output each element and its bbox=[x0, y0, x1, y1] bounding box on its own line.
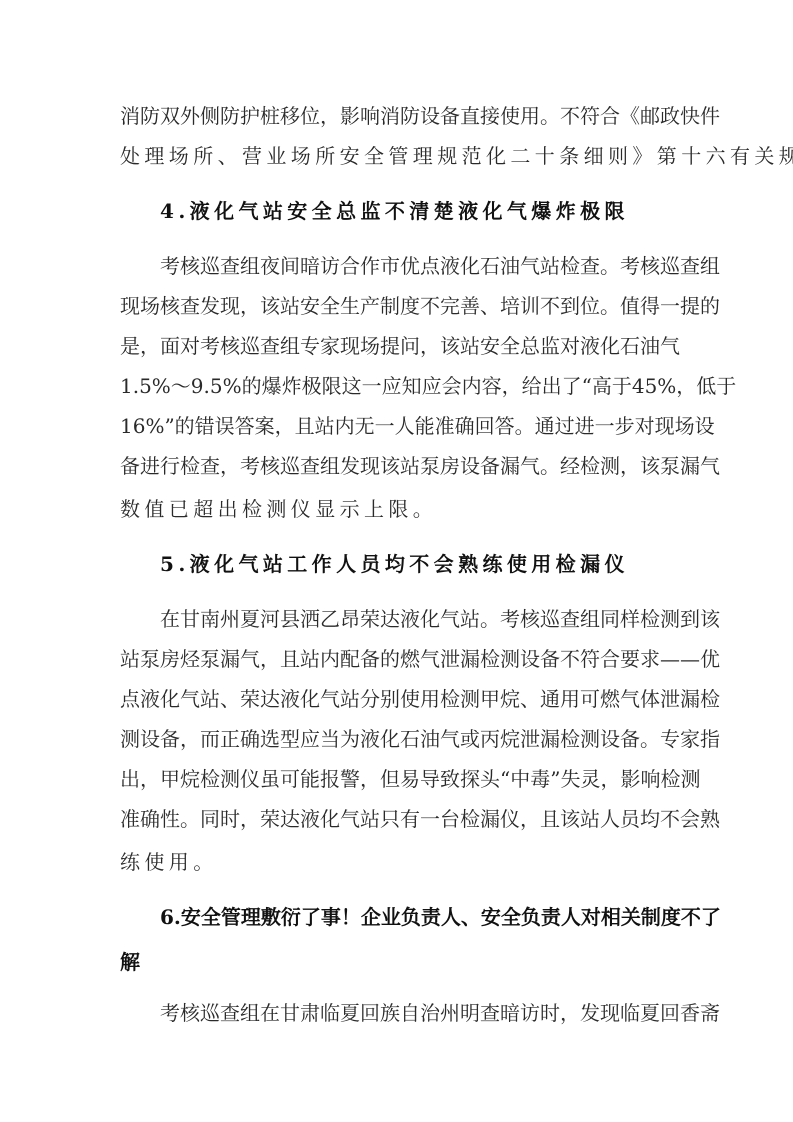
paragraph-line: 考核巡查组在甘肃临夏回族自治州明查暗访时，发现临夏回香斋 bbox=[160, 1000, 672, 1026]
paragraph-line: 数值已超出检测仪显示上限。 bbox=[120, 496, 680, 522]
section-heading-6: 6.安全管理敷衍了事！企业负责人、安全负责人对相关制度不了 bbox=[160, 904, 672, 930]
paragraph-line: 是，面对考核巡查组专家现场提问，该站安全总监对液化石油气 bbox=[120, 333, 672, 359]
paragraph-line: 点液化气站、荣达液化气站分别使用检测甲烷、通用可燃气体泄漏检 bbox=[120, 686, 672, 712]
paragraph-line: 消防双外侧防护桩移位，影响消防设备直接使用。不符合《邮政快件 bbox=[120, 103, 672, 129]
paragraph-line: 考核巡查组夜间暗访合作市优点液化石油气站检查。考核巡查组 bbox=[160, 253, 672, 279]
paragraph-line: 处理场所、营业场所安全管理规范化二十条细则》第十六有关规定。 bbox=[120, 143, 680, 169]
paragraph-line: 准确性。同时，荣达液化气站只有一台检漏仪，且该站人员均不会熟 bbox=[120, 806, 672, 832]
paragraph-line: 1.5%～9.5%的爆炸极限这一应知应会内容，给出了“高于45%，低于 bbox=[120, 373, 672, 399]
section-heading-6-continued: 解 bbox=[120, 949, 680, 975]
paragraph-line: 练使用。 bbox=[120, 849, 680, 875]
paragraph-line: 现场核查发现，该站安全生产制度不完善、培训不到位。值得一提的 bbox=[120, 293, 672, 319]
paragraph-line: 备进行检查，考核巡查组发现该站泵房设备漏气。经检测，该泵漏气 bbox=[120, 453, 672, 479]
paragraph-line: 16%”的错误答案，且站内无一人能准确回答。通过进一步对现场设 bbox=[120, 413, 672, 439]
paragraph-line: 测设备，而正确选型应当为液化石油气或丙烷泄漏检测设备。专家指 bbox=[120, 726, 672, 752]
paragraph-line: 出，甲烷检测仪虽可能报警，但易导致探头“中毒”失灵，影响检测 bbox=[120, 766, 672, 792]
document-page: 消防双外侧防护桩移位，影响消防设备直接使用。不符合《邮政快件 处理场所、营业场所… bbox=[0, 0, 793, 1122]
section-heading-5: 5.液化气站工作人员均不会熟练使用检漏仪 bbox=[160, 551, 720, 577]
paragraph-line: 在甘南州夏河县洒乙昂荣达液化气站。考核巡查组同样检测到该 bbox=[160, 606, 672, 632]
paragraph-line: 站泵房烃泵漏气，且站内配备的燃气泄漏检测设备不符合要求——优 bbox=[120, 646, 672, 672]
section-heading-4: 4.液化气站安全总监不清楚液化气爆炸极限 bbox=[160, 198, 720, 224]
